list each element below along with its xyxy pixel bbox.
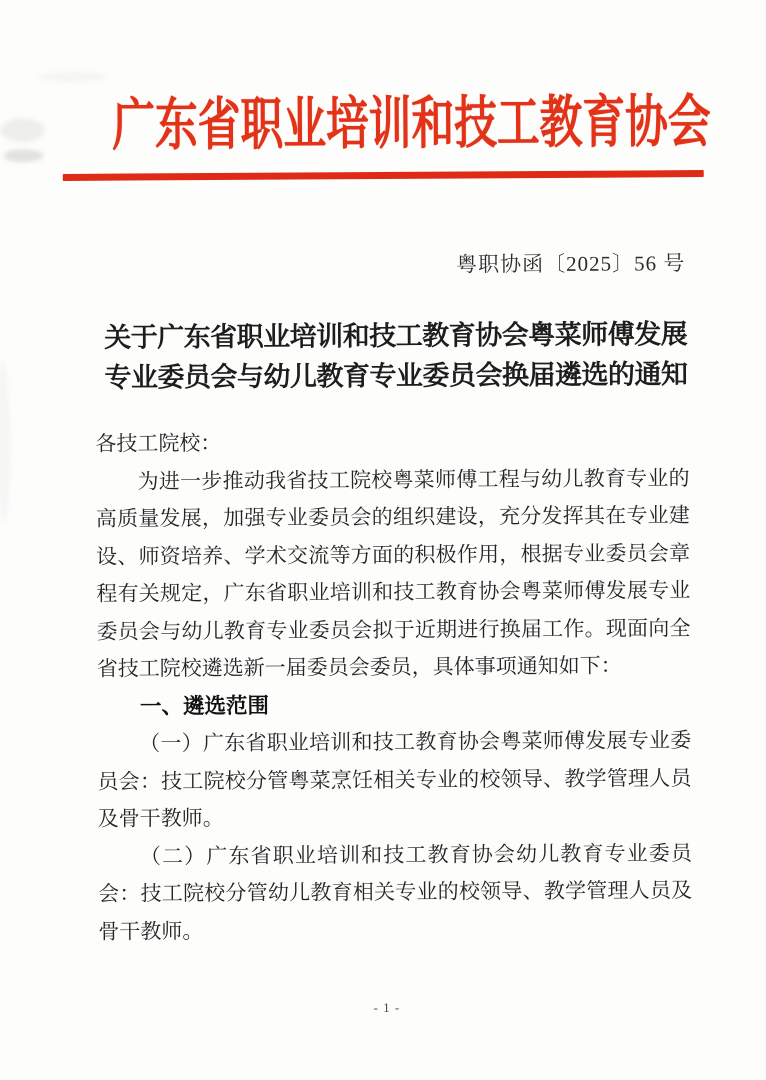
org-name: 广东省职业培训和技工教育协会 — [112, 92, 711, 158]
page-number: - 1 - — [4, 998, 766, 1019]
section-1-item-1: （一）广东省职业培训和技工教育协会粤菜师傅发展专业委员会：技工院校分管粤菜烹饪相… — [97, 722, 692, 838]
section-1-heading: 一、遴选范围 — [97, 685, 691, 726]
salutation: 各技工院校： — [95, 422, 689, 463]
doc-number: 粤职协函〔2025〕56 号 — [456, 247, 685, 278]
scan-sheet: 广东省职业培训和技工教育协会 粤职协函〔2025〕56 号 关于广东省职业培训和… — [0, 0, 766, 1080]
section-1-item-2: （二）广东省职业培训和技工教育协会幼儿教育专业委员会：技工院校分管幼儿教育相关专… — [98, 835, 693, 951]
scan-artifact — [0, 362, 11, 522]
document-page: 广东省职业培训和技工教育协会 粤职协函〔2025〕56 号 关于广东省职业培训和… — [0, 0, 766, 1080]
letterhead: 广东省职业培训和技工教育协会 — [0, 92, 765, 159]
scan-artifact — [38, 72, 108, 82]
notice-title-line1: 关于广东省职业培训和技工教育协会粤菜师傅发展 — [72, 314, 720, 358]
document-body: 各技工院校： 为进一步推动我省技工院校粤菜师傅工程与幼儿教育专业的高质量发展，加… — [95, 422, 692, 951]
intro-paragraph: 为进一步推动我省技工院校粤菜师傅工程与幼儿教育专业的高质量发展，加强专业委员会的… — [96, 460, 691, 689]
notice-title: 关于广东省职业培训和技工教育协会粤菜师傅发展 专业委员会与幼儿教育专业委员会换届… — [72, 314, 720, 398]
letterhead-divider-rule — [63, 170, 704, 181]
notice-title-line2: 专业委员会与幼儿教育专业委员会换届遴选的通知 — [72, 354, 720, 398]
